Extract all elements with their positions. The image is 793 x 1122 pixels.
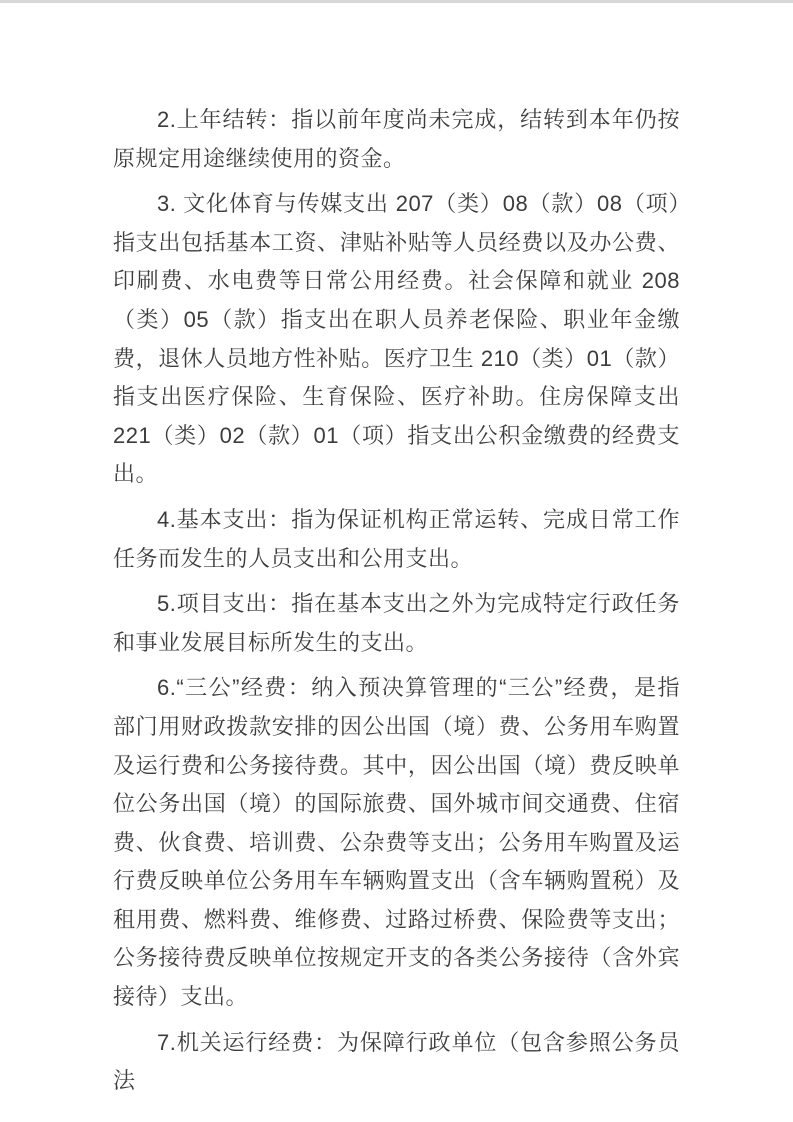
paragraph-6-three-public-funds: 6.“三公”经费：纳入预决算管理的“三公”经费，是指部门用财政拨款安排的因公出国… <box>113 669 680 1016</box>
page-top-edge <box>0 0 793 3</box>
document-body: 2.上年结转：指以前年度尚未完成，结转到本年仍按原规定用途继续使用的资金。 3.… <box>113 101 680 1108</box>
paragraph-2-carryover: 2.上年结转：指以前年度尚未完成，结转到本年仍按原规定用途继续使用的资金。 <box>113 101 680 178</box>
paragraph-5-project-expenditure: 5.项目支出：指在基本支出之外为完成特定行政任务和事业发展目标所发生的支出。 <box>113 585 680 662</box>
paragraph-4-basic-expenditure: 4.基本支出：指为保证机构正常运转、完成日常工作任务而发生的人员支出和公用支出。 <box>113 501 680 578</box>
document-page: 2.上年结转：指以前年度尚未完成，结转到本年仍按原规定用途继续使用的资金。 3.… <box>0 0 793 1122</box>
paragraph-7-agency-operating-funds: 7.机关运行经费：为保障行政单位（包含参照公务员法 <box>113 1024 680 1101</box>
paragraph-3-expenditure-categories: 3. 文化体育与传媒支出 207（类）08（款）08（项）指支出包括基本工资、津… <box>113 185 680 494</box>
